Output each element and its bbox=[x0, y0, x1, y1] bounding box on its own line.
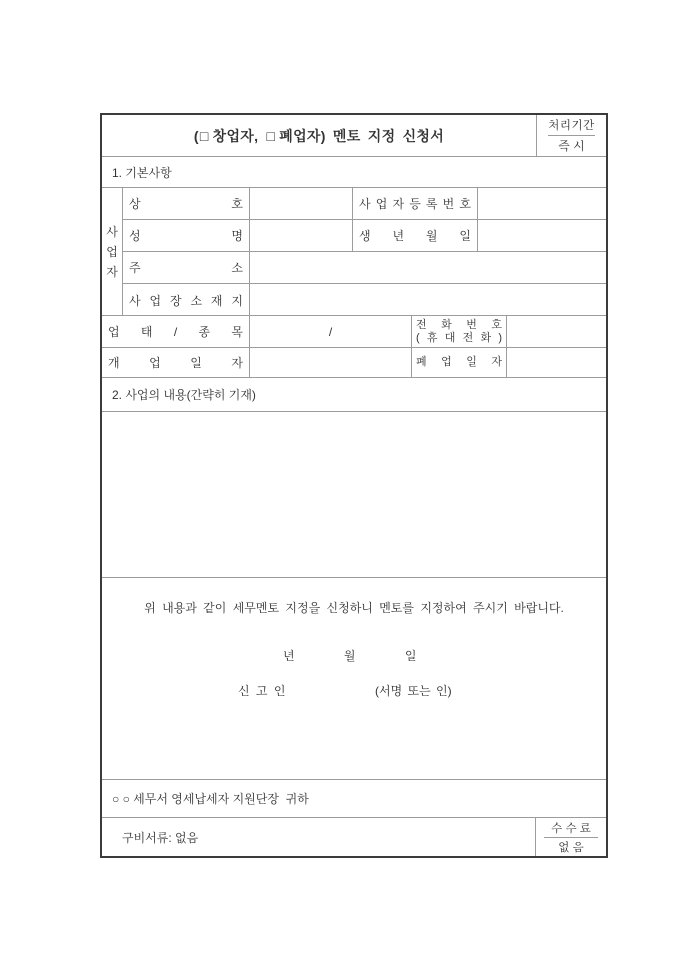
biz-location-field[interactable] bbox=[250, 284, 606, 316]
form-title-main: 멘토 지정 신청서 bbox=[333, 126, 444, 146]
section2-heading-row: 2. 사업의 내용(간략히 기재) bbox=[102, 378, 606, 412]
open-date-label: 개 업 일 자 bbox=[102, 348, 250, 377]
business-content-field[interactable] bbox=[102, 412, 606, 577]
section2-body-row bbox=[102, 412, 606, 578]
founder-checkbox-icon[interactable]: □ bbox=[200, 128, 209, 144]
birth-date-label: 생 년 월 일 bbox=[353, 220, 478, 251]
owner-group-label: 사 업 자 bbox=[102, 188, 123, 315]
fee-label: 수 수 료 bbox=[544, 818, 598, 838]
close-date-label: 폐 업 일 자 bbox=[412, 348, 507, 377]
name-label: 성 명 bbox=[123, 220, 250, 251]
form-title: (□창업자, □폐업자) 멘토 지정 신청서 bbox=[102, 115, 537, 156]
name-row: 성 명 생 년 월 일 bbox=[123, 220, 606, 252]
phone-field[interactable] bbox=[507, 316, 606, 347]
processing-time-label: 처리기간 bbox=[548, 115, 594, 136]
processing-time-box: 처리기간 즉 시 bbox=[537, 115, 606, 156]
open-date-row: 개 업 일 자 폐 업 일 자 bbox=[102, 348, 606, 378]
biz-type-row: 업 태 / 종 목 / 전 화 번 호 ( 휴 대 전 화 ) bbox=[102, 316, 606, 348]
trade-name-row: 상 호 사 업 자 등 록 번 호 bbox=[123, 188, 606, 220]
fee-box: 수 수 료 없 음 bbox=[536, 818, 606, 856]
name-field[interactable] bbox=[250, 220, 353, 251]
section1-heading-row: 1. 기본사항 bbox=[102, 157, 606, 188]
biz-location-label: 사 업 장 소 재 지 bbox=[123, 284, 250, 316]
statement-block: 위 내용과 같이 세무멘토 지정을 신청하니 멘토를 지정하여 주시기 바랍니다… bbox=[102, 578, 606, 780]
mentor-application-form: (□창업자, □폐업자) 멘토 지정 신청서 처리기간 즉 시 1. 기본사항 … bbox=[100, 113, 608, 858]
biz-location-row: 사 업 장 소 재 지 bbox=[123, 284, 606, 316]
declarant-label: 신 고 인 bbox=[238, 682, 285, 699]
open-date-field[interactable] bbox=[250, 348, 412, 377]
close-date-field[interactable] bbox=[507, 348, 606, 377]
document-page: (□창업자, □폐업자) 멘토 지정 신청서 처리기간 즉 시 1. 기본사항 … bbox=[0, 0, 680, 962]
address-field[interactable] bbox=[250, 252, 606, 283]
biz-reg-no-field[interactable] bbox=[478, 188, 606, 219]
owner-rows: 상 호 사 업 자 등 록 번 호 성 명 생 년 월 일 주 소 사 업 장 … bbox=[123, 188, 606, 315]
signature-note: (서명 또는 인) bbox=[375, 682, 452, 699]
address-row: 주 소 bbox=[123, 252, 606, 284]
recipient-row: ○ ○ 세무서 영세납세자 지원단장 귀하 bbox=[102, 780, 606, 818]
date-line: 년 월 일 bbox=[283, 647, 416, 664]
recipient-text: ○ ○ 세무서 영세납세자 지원단장 귀하 bbox=[102, 780, 309, 817]
biz-type-label: 업 태 / 종 목 bbox=[102, 316, 250, 347]
biz-reg-no-label: 사 업 자 등 록 번 호 bbox=[353, 188, 478, 219]
phone-label: 전 화 번 호 ( 휴 대 전 화 ) bbox=[412, 316, 507, 347]
processing-time-value: 즉 시 bbox=[550, 136, 593, 156]
owner-info-group: 사 업 자 상 호 사 업 자 등 록 번 호 성 명 생 년 월 일 주 소 bbox=[102, 188, 606, 316]
statement-text: 위 내용과 같이 세무멘토 지정을 신청하니 멘토를 지정하여 주시기 바랍니다… bbox=[102, 599, 606, 616]
fee-value: 없 음 bbox=[551, 838, 590, 856]
title-row: (□창업자, □폐업자) 멘토 지정 신청서 처리기간 즉 시 bbox=[102, 115, 606, 157]
section1-heading: 1. 기본사항 bbox=[102, 157, 172, 187]
founder-label: 창업자, bbox=[213, 126, 259, 146]
section2-heading: 2. 사업의 내용(간략히 기재) bbox=[102, 378, 256, 411]
trade-name-field[interactable] bbox=[250, 188, 353, 219]
required-documents-text: 구비서류: 없음 bbox=[102, 818, 536, 856]
biz-type-field[interactable]: / bbox=[250, 316, 412, 347]
footer-row: 구비서류: 없음 수 수 료 없 음 bbox=[102, 818, 606, 856]
address-label: 주 소 bbox=[123, 252, 250, 283]
birth-date-field[interactable] bbox=[478, 220, 606, 251]
closer-label: 폐업자) bbox=[279, 126, 325, 146]
closer-checkbox-icon[interactable]: □ bbox=[267, 128, 276, 144]
trade-name-label: 상 호 bbox=[123, 188, 250, 219]
title-paren-open: ( bbox=[194, 128, 199, 144]
